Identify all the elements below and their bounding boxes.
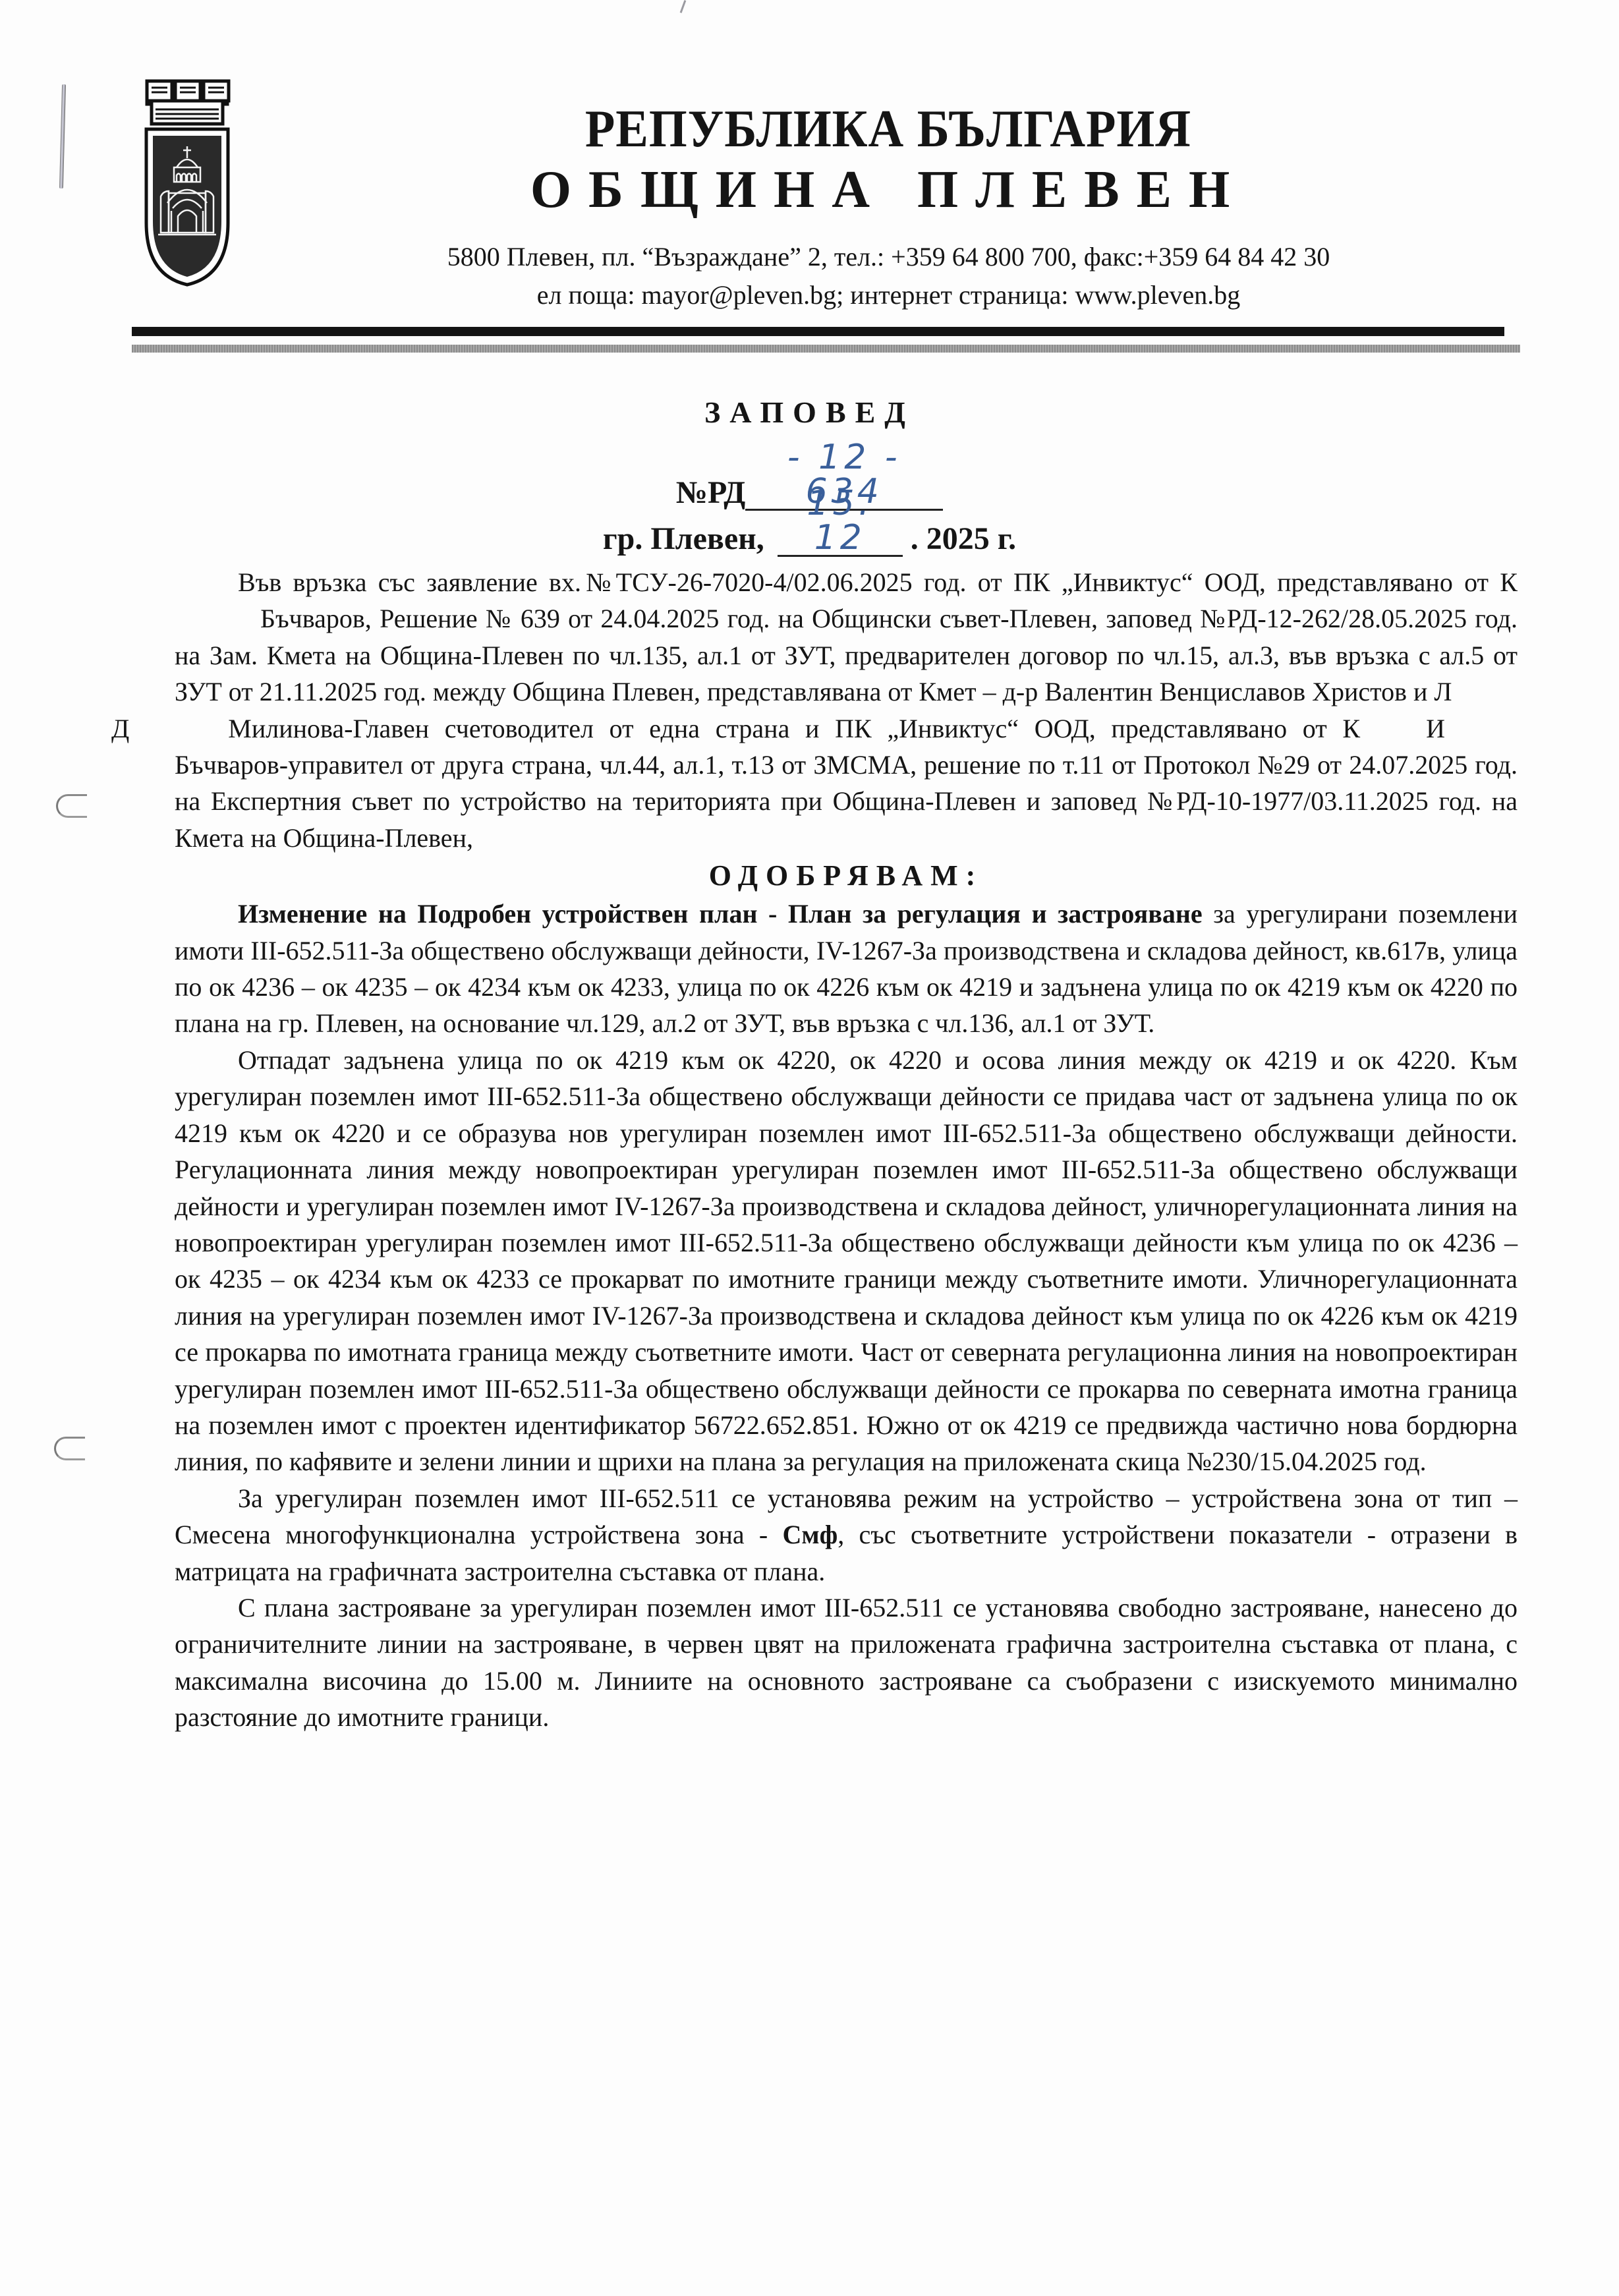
- letterhead-country: РЕПУБЛИКА БЪЛГАРИЯ: [62, 98, 1568, 161]
- approve-heading: ОДОБРЯВАМ:: [175, 856, 1518, 896]
- document-body: Във връзка със заявление вх.№ТСУ-26-7020…: [175, 564, 1518, 1736]
- pen-mark: [680, 0, 687, 13]
- order-place-date: гр. Плевен, 15. 12. 2025 г.: [0, 486, 1619, 560]
- preamble-text: Във връзка със заявление вх.№ТСУ-26-7020…: [238, 567, 1518, 597]
- order-title: ЗАПОВЕД: [0, 393, 1619, 432]
- zone-code: Смф: [782, 1520, 838, 1549]
- decision-paragraph-2: Отпадат задънена улица по ок 4219 към ок…: [175, 1042, 1518, 1480]
- decision-paragraph-1: Изменение на Подробен устройствен план -…: [175, 896, 1518, 1042]
- preamble-paragraph: Във връзка със заявление вх.№ТСУ-26-7020…: [175, 564, 1518, 856]
- punch-hole-icon: [54, 1437, 85, 1460]
- letterhead-contacts: ел поща: mayor@pleven.bg; интернет стран…: [0, 279, 1619, 311]
- decision-paragraph-4: С плана застрояване за урегулиран поземл…: [175, 1590, 1518, 1736]
- order-date-handwritten: 15. 12: [778, 486, 903, 557]
- preamble-text: Бъчваров-управител от друга страна, чл.4…: [175, 750, 1518, 853]
- preamble-text: И: [1426, 714, 1445, 743]
- decision-paragraph-3: За урегулиран поземлен имот III-652.511 …: [175, 1480, 1518, 1590]
- header-rule-thick: [132, 327, 1504, 336]
- preamble-text: Д: [111, 714, 129, 743]
- letterhead-address: 5800 Плевен, пл. “Възраждане” 2, тел.: +…: [0, 241, 1619, 273]
- letterhead-municipality: ОБЩИНА ПЛЕВЕН: [0, 158, 1619, 221]
- header-rule-thin: [132, 345, 1520, 353]
- order-year: . 2025 г.: [911, 521, 1016, 556]
- order-city: гр. Плевен,: [603, 521, 764, 556]
- plan-title: Изменение на Подробен устройствен план -…: [238, 899, 1203, 929]
- punch-hole-icon: [56, 794, 87, 818]
- preamble-text: Бъчваров, Решение № 639 от 24.04.2025 го…: [175, 604, 1518, 706]
- preamble-text: Милинова-Главен счетоводител от една стр…: [228, 714, 1360, 743]
